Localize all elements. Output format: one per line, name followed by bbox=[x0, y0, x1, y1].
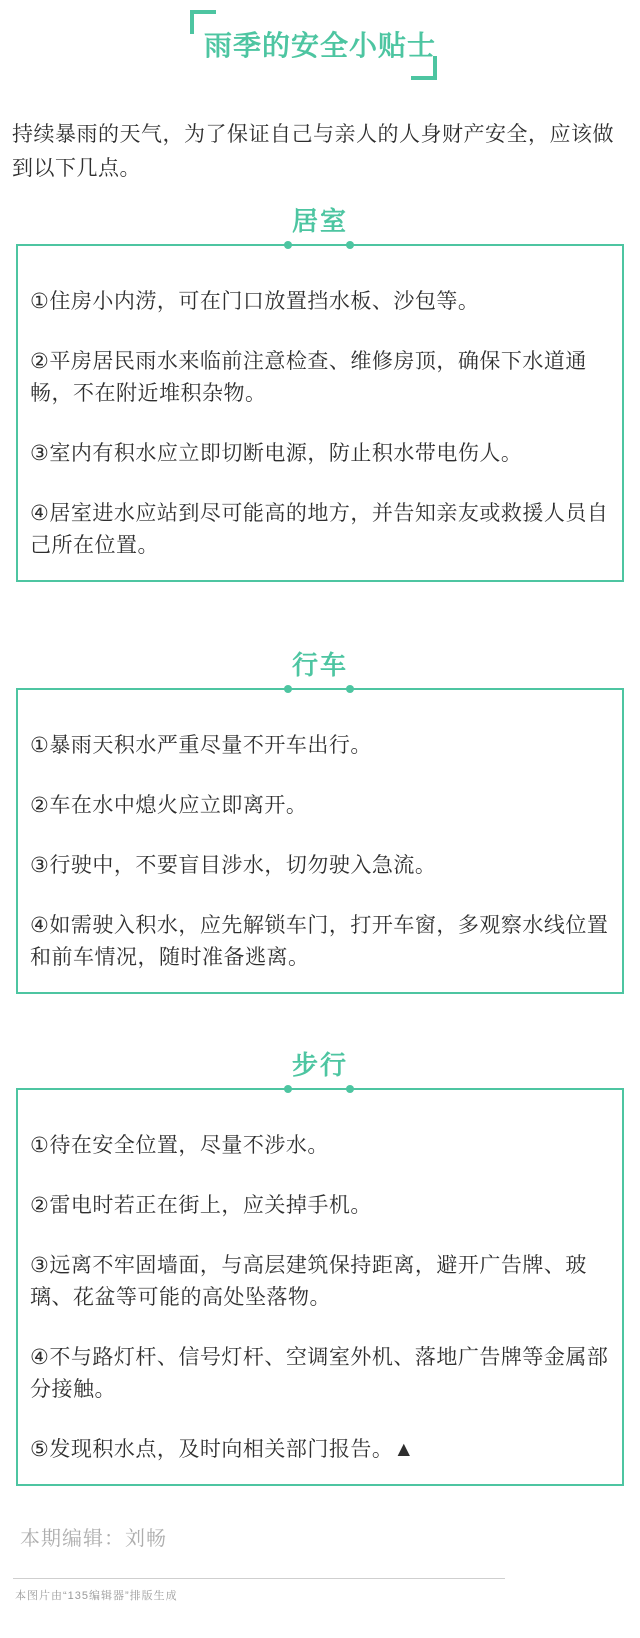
tip-item: ④不与路灯杆、信号灯杆、空调室外机、落地广告牌等金属部分接触。 bbox=[30, 1342, 612, 1406]
bottom-area: 本图片由“135编辑器”排版生成 bbox=[0, 1578, 640, 1638]
tip-item: ②雷电时若正在街上，应关掉手机。 bbox=[30, 1190, 612, 1222]
tips-box: ①住房小内涝，可在门口放置挡水板、沙包等。 ②平房居民雨水来临前注意检查、维修房… bbox=[16, 244, 624, 582]
tips-box: ①待在安全位置，尽量不涉水。 ②雷电时若正在街上，应关掉手机。 ③远离不牢固墙面… bbox=[16, 1088, 624, 1486]
tip-item: ①暴雨天积水严重尽量不开车出行。 bbox=[30, 730, 612, 762]
tip-item: ④居室进水应站到尽可能高的地方，并告知亲友或救援人员自己所在位置。 bbox=[30, 498, 612, 562]
dot-icon bbox=[284, 241, 292, 249]
corner-bracket-topleft-icon bbox=[190, 10, 216, 34]
corner-bracket-bottomright-icon bbox=[411, 56, 437, 80]
title-block: 雨季的安全小贴士 bbox=[0, 10, 640, 82]
dot-icon bbox=[284, 1085, 292, 1093]
tip-item: ③远离不牢固墙面，与高层建筑保持距离，避开广告牌、玻璃、花盆等可能的高处坠落物。 bbox=[30, 1250, 612, 1314]
tip-item: ②车在水中熄火应立即离开。 bbox=[30, 790, 612, 822]
tip-item: ①待在安全位置，尽量不涉水。 bbox=[30, 1130, 612, 1162]
dot-icon bbox=[346, 241, 354, 249]
tip-item: ④如需驶入积水，应先解锁车门，打开车窗，多观察水线位置和前车情况，随时准备逃离。 bbox=[30, 910, 612, 974]
section-heading: 步行 bbox=[0, 1050, 640, 1080]
dot-icon bbox=[346, 685, 354, 693]
editor-note: 本期编辑：刘畅 bbox=[20, 1522, 640, 1551]
section-walking: 步行 ①待在安全位置，尽量不涉水。 ②雷电时若正在街上，应关掉手机。 ③远离不牢… bbox=[0, 1050, 640, 1486]
section-heading: 行车 bbox=[0, 650, 640, 680]
tip-item: ③室内有积水应立即切断电源，防止积水带电伤人。 bbox=[30, 438, 612, 470]
tips-box: ①暴雨天积水严重尽量不开车出行。 ②车在水中熄火应立即离开。 ③行驶中，不要盲目… bbox=[16, 688, 624, 994]
intro-paragraph: 持续暴雨的天气，为了保证自己与亲人的人身财产安全，应该做到以下几点。 bbox=[12, 118, 624, 186]
footer-divider bbox=[13, 1578, 505, 1579]
tip-item: ①住房小内涝，可在门口放置挡水板、沙包等。 bbox=[30, 286, 612, 318]
generator-note: 本图片由“135编辑器”排版生成 bbox=[15, 1587, 178, 1603]
dot-icon bbox=[346, 1085, 354, 1093]
section-heading: 居室 bbox=[0, 206, 640, 236]
tip-item: ②平房居民雨水来临前注意检查、维修房顶，确保下水道通畅，不在附近堆积杂物。 bbox=[30, 346, 612, 410]
section-driving: 行车 ①暴雨天积水严重尽量不开车出行。 ②车在水中熄火应立即离开。 ③行驶中，不… bbox=[0, 650, 640, 994]
tip-item: ③行驶中，不要盲目涉水，切勿驶入急流。 bbox=[30, 850, 612, 882]
tip-item: ⑤发现积水点，及时向相关部门报告。▲ bbox=[30, 1434, 612, 1466]
article-page: 雨季的安全小贴士 持续暴雨的天气，为了保证自己与亲人的人身财产安全，应该做到以下… bbox=[0, 0, 640, 1638]
page-title: 雨季的安全小贴士 bbox=[0, 10, 640, 82]
section-home: 居室 ①住房小内涝，可在门口放置挡水板、沙包等。 ②平房居民雨水来临前注意检查、… bbox=[0, 206, 640, 582]
dot-icon bbox=[284, 685, 292, 693]
